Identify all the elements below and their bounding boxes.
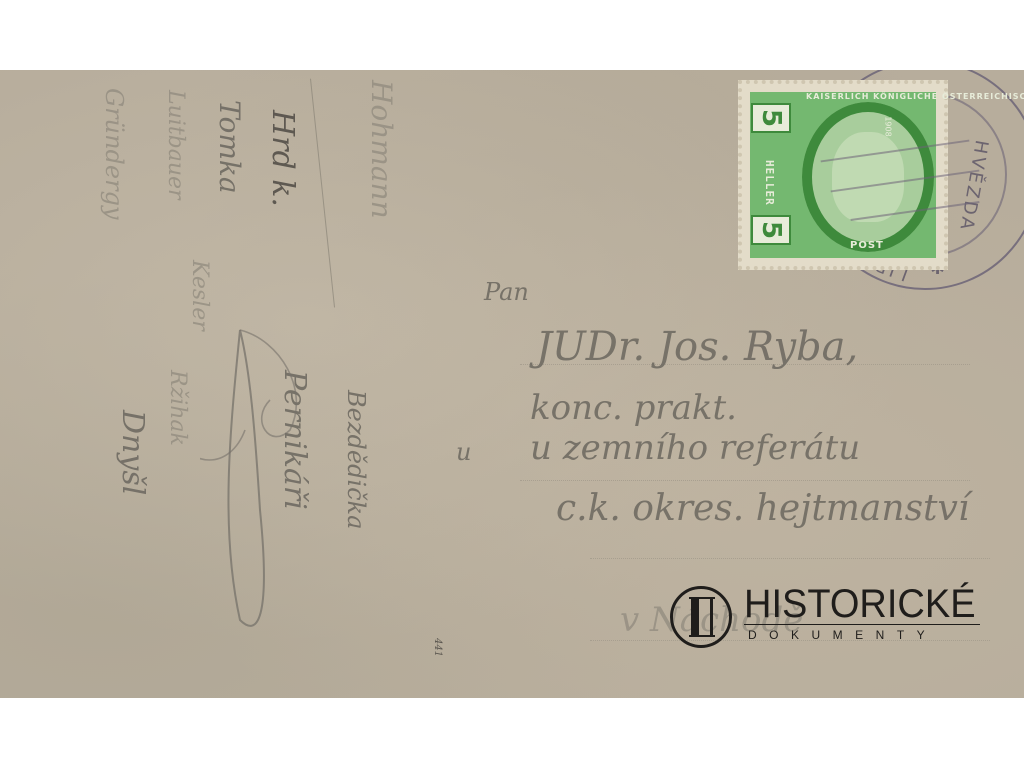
watermark-rule <box>744 624 980 625</box>
address-line-2: konc. prakt. <box>530 388 737 428</box>
stamp-portrait-oval: 1908 <box>802 102 934 252</box>
signature-2: Bezdědička <box>342 390 370 529</box>
portrait-icon <box>832 132 904 222</box>
signature-flourish <box>200 310 320 640</box>
note-column-3: Tomka <box>213 100 246 194</box>
postage-stamp: 5 HELLER 5 1908 KAISERLICH KÖNIGLICHE ÖS… <box>738 80 948 270</box>
stamp-ring-text-bottom: POST <box>850 240 884 251</box>
stamp-ring-text-top: KAISERLICH KÖNIGLICHE ÖSTERREICHISCHE <box>806 92 1024 101</box>
note-column-2: Luitbauer <box>163 90 188 200</box>
logo-h-icon <box>689 597 715 637</box>
address-line-3: u zemního referátu <box>530 428 860 468</box>
catalog-number: 441 <box>432 638 443 657</box>
pencil-divider-line <box>310 78 337 307</box>
watermark-subtitle: DOKUMENTY <box>748 628 937 642</box>
address-line-1: JUDr. Jos. Ryba, <box>536 324 858 370</box>
stamp-value-bottom: 5 <box>751 215 791 245</box>
logo-circle-icon <box>670 586 732 648</box>
postcard-back: Gründergy Luitbauer Tomka Hrd k. Hohmann… <box>0 70 1024 698</box>
signature-3: Dnyšl <box>115 410 150 495</box>
note-column-1: Gründergy <box>100 88 128 220</box>
stamp-design: 5 HELLER 5 1908 KAISERLICH KÖNIGLICHE ÖS… <box>750 92 936 258</box>
faint-note-2: Ržihak <box>165 370 190 446</box>
note-column-4: Hrd k. <box>265 110 300 207</box>
note-column-5: Hohmann <box>365 80 398 219</box>
address-guide-line-3 <box>590 558 990 559</box>
address-line-4: c.k. okres. hejtmanství <box>556 488 969 529</box>
address-salutation: Pan <box>484 278 529 306</box>
address-prefix-u: u <box>456 438 471 466</box>
watermark-logo: HISTORICKÉ DOKUMENTY <box>670 578 990 658</box>
stamp-denomination: HELLER <box>763 160 776 206</box>
stamp-year: 1908 <box>883 116 892 136</box>
address-guide-line-2 <box>520 480 970 481</box>
stamp-value-top: 5 <box>751 103 791 133</box>
watermark-title: HISTORICKÉ <box>744 580 976 628</box>
